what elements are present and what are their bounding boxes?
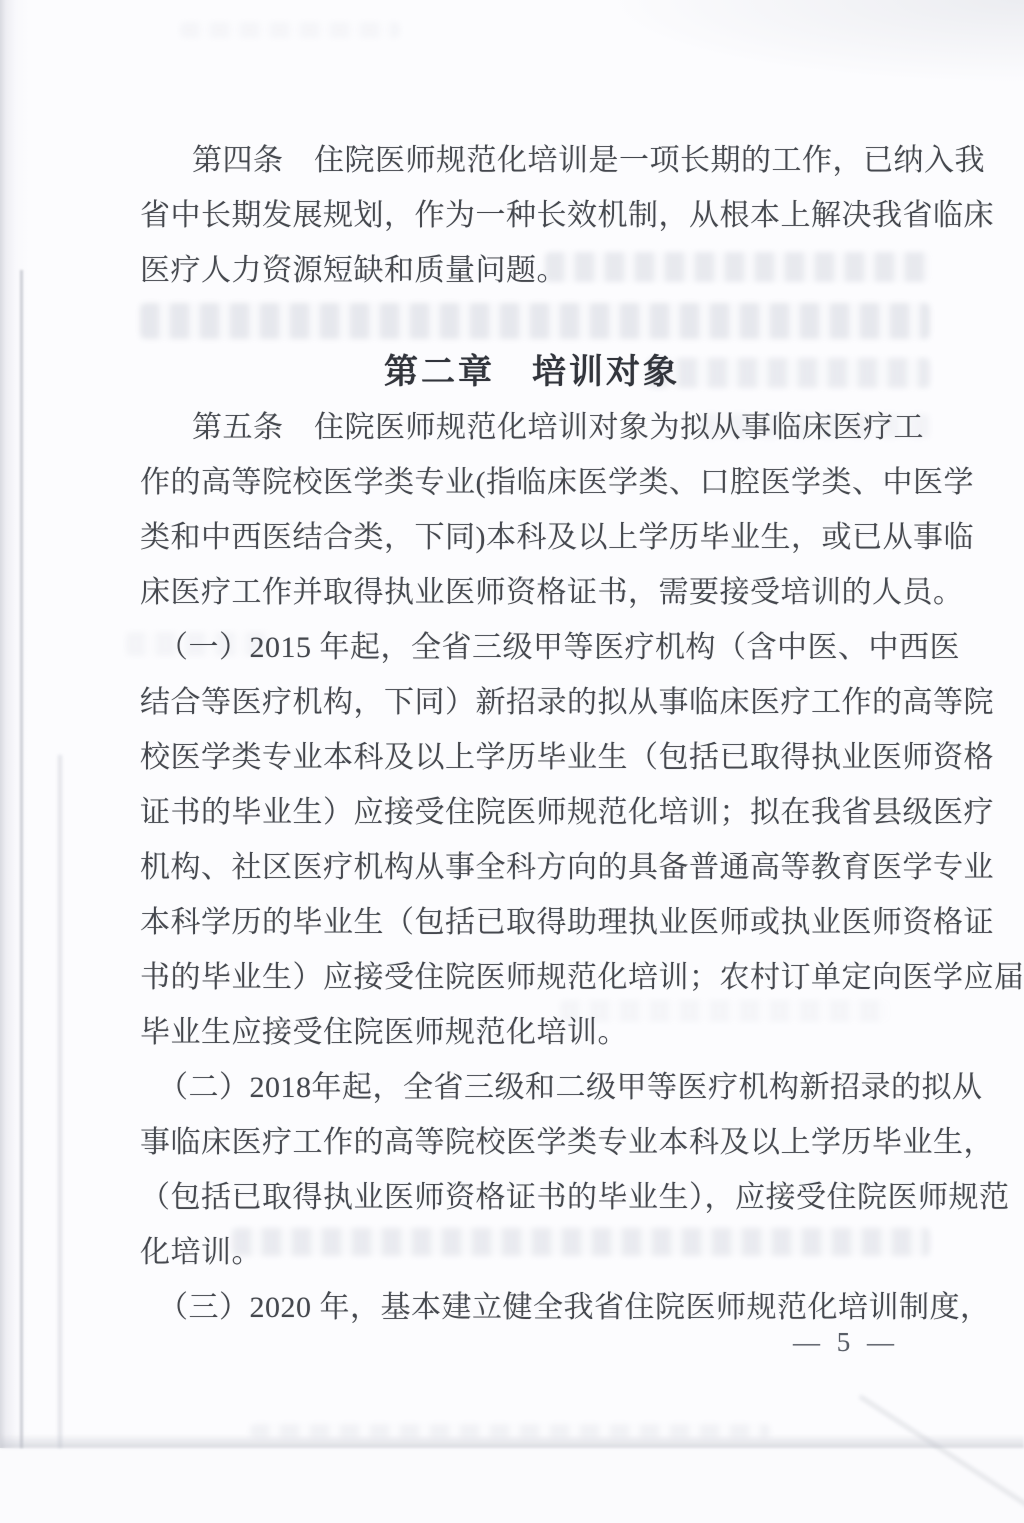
text-line: 结合等医疗机构，下同）新招录的拟从事临床医疗工作的高等院 xyxy=(140,675,924,730)
text-line: 作的高等院校医学类专业(指临床医学类、口腔医学类、中医学 xyxy=(140,455,924,510)
text-line: 床医疗工作并取得执业医师资格证书，需要接受培训的人员。 xyxy=(140,565,924,620)
text-line: 事临床医疗工作的高等院校医学类专业本科及以上学历毕业生， xyxy=(140,1115,924,1170)
chapter-heading: 第二章 培训对象 xyxy=(140,345,924,400)
document-page: 第四条 住院医师规范化培训是一项长期的工作，已纳入我 省中长期发展规划，作为一种… xyxy=(0,0,1024,1448)
text-line: 书的毕业生）应接受住院医师规范化培训；农村订单定向医学应届 xyxy=(140,950,924,1005)
text-line: （二）2018年起，全省三级和二级甲等医疗机构新招录的拟从 xyxy=(140,1060,924,1115)
text-column: 第四条 住院医师规范化培训是一项长期的工作，已纳入我 省中长期发展规划，作为一种… xyxy=(140,133,924,1335)
page-number: — 5 — xyxy=(793,1327,899,1358)
text-line: 医疗人力资源短缺和质量问题。 xyxy=(140,243,924,298)
text-line: 省中长期发展规划，作为一种长效机制，从根本上解决我省临床 xyxy=(140,188,924,243)
paper-crease-left xyxy=(20,270,23,1448)
text-line: 类和中西医结合类，下同)本科及以上学历毕业生，或已从事临 xyxy=(140,510,924,565)
text-line: 校医学类专业本科及以上学历毕业生（包括已取得执业医师资格 xyxy=(140,730,924,785)
text-line: 第四条 住院医师规范化培训是一项长期的工作，已纳入我 xyxy=(140,133,924,188)
text-line: 机构、社区医疗机构从事全科方向的具备普通高等教育医学专业 xyxy=(140,840,924,895)
text-line: 证书的毕业生）应接受住院医师规范化培训；拟在我省县级医疗 xyxy=(140,785,924,840)
bleed-through-artifact xyxy=(180,22,400,38)
text-line: 本科学历的毕业生（包括已取得助理执业医师或执业医师资格证 xyxy=(140,895,924,950)
paper-crease-left-lower xyxy=(58,755,62,1448)
text-line: （包括已取得执业医师资格证书的毕业生），应接受住院医师规范 xyxy=(140,1170,924,1225)
text-line: 化培训。 xyxy=(140,1225,924,1280)
text-line: 毕业生应接受住院医师规范化培训。 xyxy=(140,1005,924,1060)
bleed-through-artifact xyxy=(250,1424,770,1438)
text-line: （一）2015 年起，全省三级甲等医疗机构（含中医、中西医 xyxy=(140,620,924,675)
text-line: 第五条 住院医师规范化培训对象为拟从事临床医疗工 xyxy=(140,400,924,455)
